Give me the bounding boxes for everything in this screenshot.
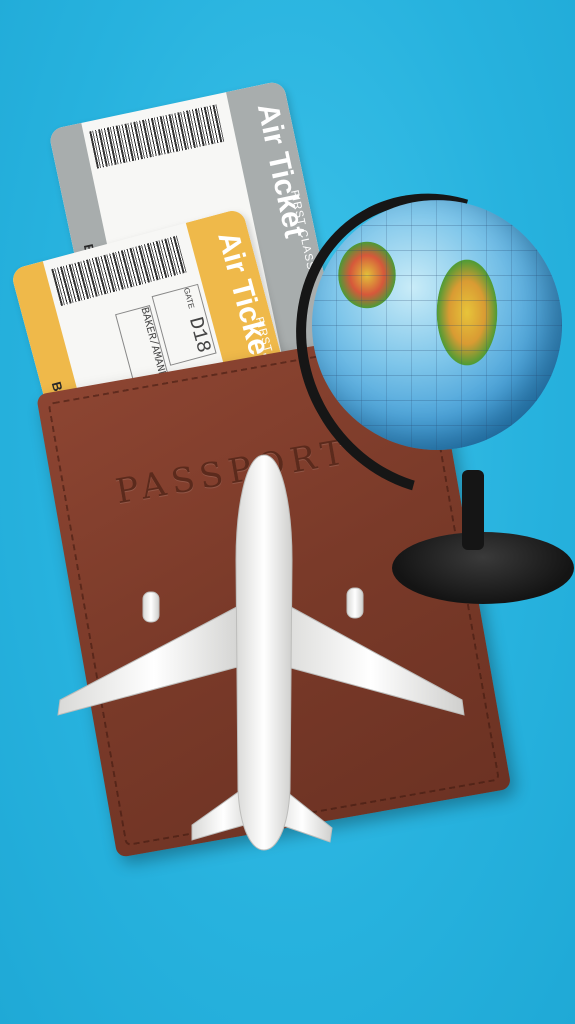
airplane-icon	[40, 450, 480, 860]
gate-value: D18	[183, 315, 215, 356]
globe-icon	[312, 200, 562, 450]
travel-scene: BOARDING PASS Air Ticket FIRST CLASS BOA…	[0, 0, 575, 1024]
barcode	[89, 104, 224, 168]
